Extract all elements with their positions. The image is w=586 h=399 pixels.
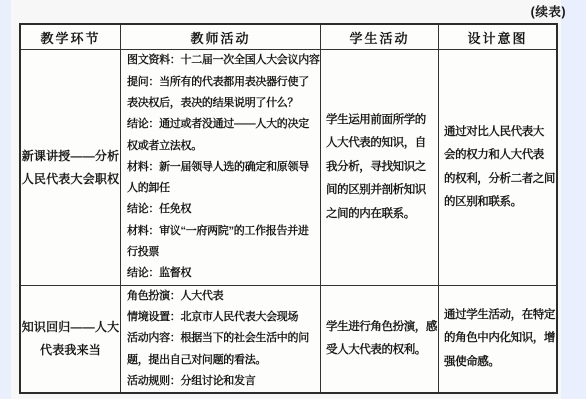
lesson-plan-table: 教学环节 教师活动 学生活动 设计意图 新课讲授——分析 人民代表大会职权 图文… [19,23,558,394]
row2-design-intent: 通过学生活动，在特定 的角色中内化知识，增 强使命感。 [439,286,556,392]
row2-teacher-activity: 角色扮演：人大代表 情境设置：北京市人民代表大会现场 活动内容：根据当下的社会生… [121,286,321,392]
page-edge-right [561,0,586,399]
continued-table-label: (续表) [531,2,566,20]
row1-teaching-stage: 新课讲授——分析 人民代表大会职权 [21,50,121,286]
row1-design-intent: 通过对比人民代表大 会的权力和人大代表 的权利，分析二者之间 的区别和联系。 [439,50,556,286]
row1-student-activity: 学生运用前面所学的 人大代表的知识，自 我分析，寻找知识之 间的区别并剖析知识 … [321,50,439,286]
header-teaching-stage: 教学环节 [21,25,121,50]
row2-teaching-stage: 知识回归——人大 代表我来当 [21,286,121,392]
header-student-activity: 学生活动 [321,25,439,50]
header-teacher-activity: 教师活动 [121,25,321,50]
row1-teacher-activity: 图文资料：十二届一次全国人大会议内容 提问：当所有的代表都用表决器行使了 表决权… [121,50,321,286]
row2-student-activity: 学生进行角色扮演，感 受人大代表的权利。 [321,286,439,392]
page-edge-left [0,0,11,399]
header-design-intent: 设计意图 [439,25,556,50]
